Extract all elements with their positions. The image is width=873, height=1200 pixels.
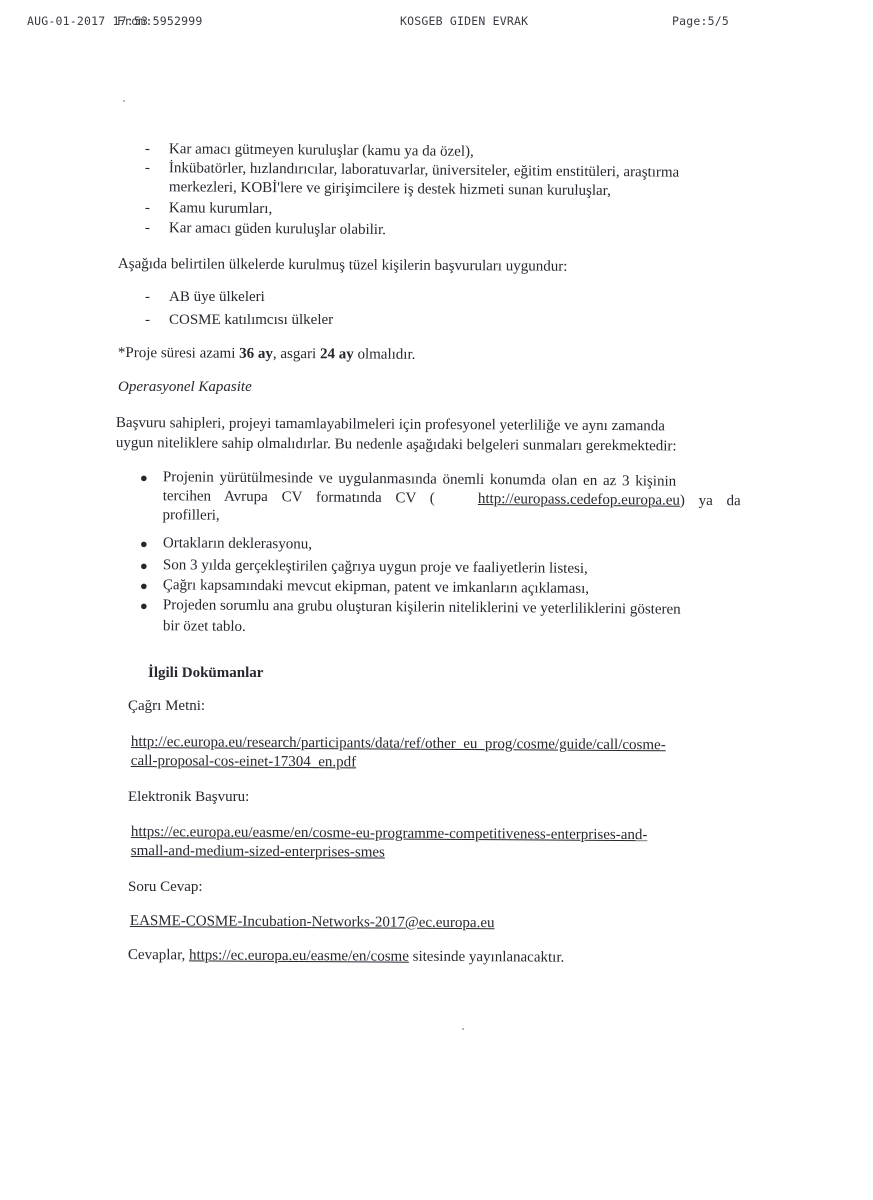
scan-speck xyxy=(123,100,125,102)
answers-link[interactable]: https://ec.europa.eu/easme/en/cosme xyxy=(189,947,409,964)
qa-label: Soru Cevap: xyxy=(128,878,203,897)
fax-title: KOSGEB GIDEN EVRAK xyxy=(400,14,528,28)
countries-intro: Aşağıda belirtilen ülkelerde kurulmuş tü… xyxy=(118,255,568,277)
electronic-application-label: Elektronik Başvuru: xyxy=(128,788,249,807)
bullet-dot-icon: ● xyxy=(140,534,148,553)
call-text-link[interactable]: http://ec.europa.eu/research/participant… xyxy=(131,733,666,774)
dash-bullet-icon: - xyxy=(145,219,165,238)
scan-speck xyxy=(462,1028,464,1030)
fax-from: From:5952999 xyxy=(117,14,202,28)
bullet-dot-icon: ● xyxy=(140,596,148,615)
duration-min: 24 ay xyxy=(320,346,354,362)
electronic-application-link[interactable]: https://ec.europa.eu/easme/en/cosme-eu-p… xyxy=(131,823,648,864)
bullet-dot-icon: ● xyxy=(140,576,148,595)
fax-page-number: Page:5/5 xyxy=(672,14,729,28)
project-duration-note: *Proje süresi azami 36 ay, asgari 24 ay … xyxy=(118,344,416,365)
operational-paragraph-line: uygun niteliklere sahip olmalıdırlar. Bu… xyxy=(116,434,677,456)
dash-bullet-icon: - xyxy=(145,311,165,330)
bullet-dot-icon: ● xyxy=(140,468,148,487)
section-heading-operational: Operasyonel Kapasite xyxy=(118,378,252,397)
dash-bullet-icon: - xyxy=(145,199,165,218)
section-heading-documents: İlgili Dokümanlar xyxy=(148,664,263,683)
dash-bullet-icon: - xyxy=(145,159,165,178)
bullet-dot-icon: ● xyxy=(140,556,148,575)
call-text-label: Çağrı Metni: xyxy=(128,697,205,716)
europass-link[interactable]: http://europass.cedefop.europa.eu xyxy=(478,491,680,509)
dash-bullet-icon: - xyxy=(145,140,165,159)
fax-header: AUG-01-2017 17:53 From:5952999 KOSGEB GI… xyxy=(0,14,873,34)
operational-paragraph-line: Başvuru sahipleri, projeyi tamamlayabilm… xyxy=(116,414,665,436)
duration-max: 36 ay xyxy=(239,346,273,362)
dash-bullet-icon: - xyxy=(145,288,165,307)
answers-note: Cevaplar, https://ec.europa.eu/easme/en/… xyxy=(128,946,564,968)
qa-email-link[interactable]: EASME-COSME-Incubation-Networks-2017@ec.… xyxy=(130,912,495,933)
